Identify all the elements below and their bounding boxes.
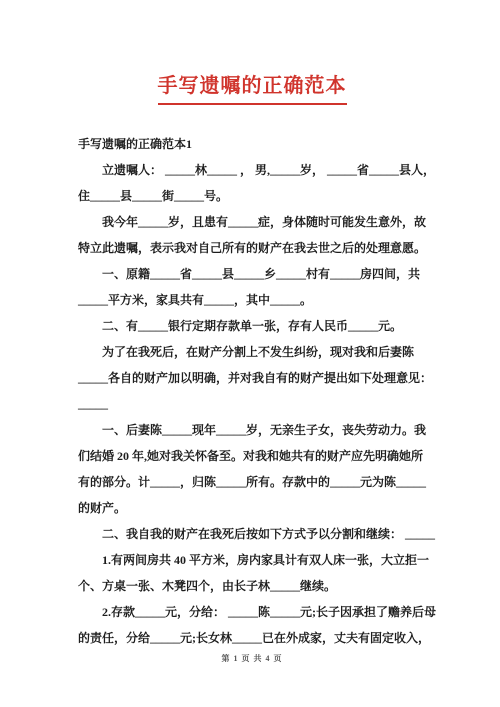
- body-line: _____平方米，家具共有_____，其中_____。: [78, 287, 426, 313]
- body-line: 个、方桌一张、木凳四个，由长子林_____继续。: [78, 573, 426, 599]
- body-line: 住_____县_____街_____号。: [78, 183, 426, 209]
- body-line: 为了在我死后，在财产分割上不发生纠纷，现对我和后妻陈: [78, 339, 426, 365]
- document-title-text: 手写遗嘱的正确范本: [158, 70, 347, 105]
- body-line: 2.存款_____元，分给： _____陈_____元;长子因承担了赡养后母: [78, 599, 426, 625]
- body-line: 特立此遗嘱，表示我对自己所有的财产在我去世之后的处理意愿。: [78, 235, 426, 261]
- document-subtitle: 手写遗嘱的正确范本1: [78, 131, 426, 157]
- body-line: _____各自的财产加以明确，并对我自有的财产提出如下处理意见：: [78, 365, 426, 391]
- document-title: 手写遗嘱的正确范本: [78, 70, 426, 105]
- body-line: 二、有_____银行定期存款单一张，存有人民币_____元。: [78, 313, 426, 339]
- body-line: 的财产。: [78, 495, 426, 521]
- body-line: 我今年_____岁，且患有_____症，身体随时可能发生意外，故: [78, 209, 426, 235]
- body-line: 二、我自我的财产在我死后按如下方式予以分割和继续： _____: [78, 521, 426, 547]
- page-footer: 第 1 页 共 4 页: [78, 653, 426, 665]
- body-line: 们结婚 20 年,她对我关怀备至。对我和她共有的财产应先明确她所: [78, 443, 426, 469]
- body-line: 立遗嘱人： _____林_____ ， 男,_____岁， _____省____…: [78, 157, 426, 183]
- body-line: 一、后妻陈_____现年_____岁，无亲生子女，丧失劳动力。我: [78, 417, 426, 443]
- body-line: 的责任，分给_____元;长女林_____已在外成家，丈夫有固定收入，: [78, 625, 426, 651]
- body-line: _____: [78, 391, 426, 417]
- body-line: 一、原籍_____省_____县_____乡_____村有_____房四间，共: [78, 261, 426, 287]
- document-content: 手写遗嘱的正确范本 手写遗嘱的正确范本1 立遗嘱人： _____林_____ ，…: [0, 0, 500, 665]
- document-page: 手写遗嘱的正确范本 手写遗嘱的正确范本1 立遗嘱人： _____林_____ ，…: [0, 0, 500, 707]
- body-line: 1.有两间房共 40 平方米，房内家具计有双人床一张，大立拒一: [78, 547, 426, 573]
- body-line: 有的部分。计_____，归陈_____所有。存款中的_____元为陈_____: [78, 469, 426, 495]
